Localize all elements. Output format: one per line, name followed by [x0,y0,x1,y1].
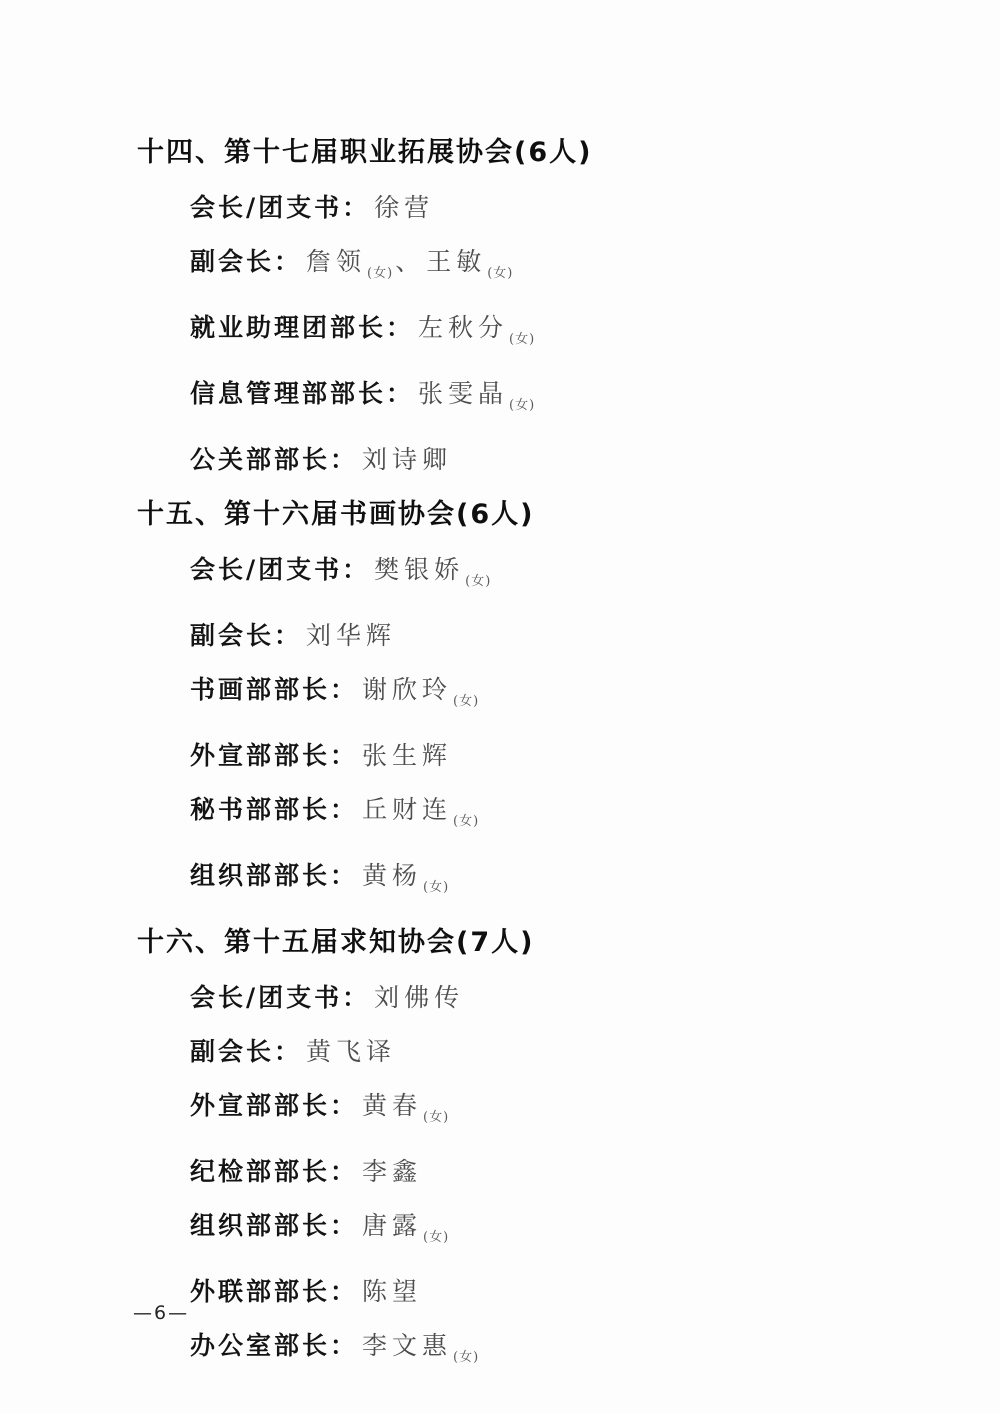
member-name: 张雯晶 [418,379,508,408]
gender-annotation: (女) [453,814,479,829]
gender-annotation: (女) [453,1350,479,1365]
member-entry: 副会长：黄飞译 [137,1038,920,1066]
role-label: 就业助理团部长： [190,313,414,342]
member-entry: 纪检部部长：李鑫 [137,1158,920,1186]
member-name: 王敏 [426,247,486,276]
role-label: 纪检部部长： [190,1157,358,1186]
page-number: —6— [133,1302,189,1324]
role-label: 外联部部长： [190,1277,358,1306]
role-label: 信息管理部部长： [190,379,414,408]
member-name: 谢欣玲 [362,675,452,704]
member-name: 左秋分 [418,313,508,342]
document-body: 十四、第十七届职业拓展协会(6人)会长/团支书：徐营副会长：詹领(女)、王敏(女… [0,0,1000,1372]
role-label: 会长/团支书： [190,555,370,584]
role-label: 会长/团支书： [190,193,370,222]
member-name: 樊银娇 [374,555,464,584]
gender-annotation: (女) [423,1230,449,1245]
name-separator: 、 [395,247,420,276]
association-heading: 十六、第十五届求知协会(7人) [137,928,920,958]
association-heading: 十五、第十六届书画协会(6人) [137,500,920,530]
role-label: 书画部部长： [190,675,358,704]
association-section: 十五、第十六届书画协会(6人)会长/团支书：樊银娇(女)副会长：刘华辉书画部部长… [137,500,920,902]
member-entry: 办公室部长：李文惠(女) [137,1332,920,1372]
association-heading: 十四、第十七届职业拓展协会(6人) [137,138,920,168]
member-entry: 会长/团支书：樊银娇(女) [137,556,920,596]
document-page: 十四、第十七届职业拓展协会(6人)会长/团支书：徐营副会长：詹领(女)、王敏(女… [0,0,1000,1414]
member-entry: 秘书部部长：丘财连(女) [137,796,920,836]
member-entry: 副会长：詹领(女)、王敏(女) [137,248,920,288]
member-name: 詹领 [306,247,366,276]
role-label: 外宣部部长： [190,741,358,770]
member-name: 丘财连 [362,795,452,824]
role-label: 办公室部长： [190,1331,358,1360]
member-name: 黄春 [362,1091,422,1120]
association-section: 十四、第十七届职业拓展协会(6人)会长/团支书：徐营副会长：詹领(女)、王敏(女… [137,138,920,474]
role-label: 外宣部部长： [190,1091,358,1120]
member-name: 张生辉 [362,741,452,770]
member-name: 陈望 [362,1277,422,1306]
gender-annotation: (女) [453,694,479,709]
gender-annotation: (女) [423,880,449,895]
member-name: 唐露 [362,1211,422,1240]
gender-annotation: (女) [423,1110,449,1125]
role-label: 组织部部长： [190,1211,358,1240]
gender-annotation: (女) [487,266,513,281]
role-label: 副会长： [190,621,302,650]
role-label: 会长/团支书： [190,983,370,1012]
member-name: 刘佛传 [374,983,464,1012]
member-entry: 信息管理部部长：张雯晶(女) [137,380,920,420]
member-name: 李鑫 [362,1157,422,1186]
member-entry: 外联部部长：陈望 [137,1278,920,1306]
member-name: 李文惠 [362,1331,452,1360]
member-entry: 会长/团支书：刘佛传 [137,984,920,1012]
member-entry: 外宣部部长：黄春(女) [137,1092,920,1132]
member-name: 刘诗卿 [362,445,452,474]
member-entry: 书画部部长：谢欣玲(女) [137,676,920,716]
member-entry: 组织部部长：唐露(女) [137,1212,920,1252]
sections-container: 十四、第十七届职业拓展协会(6人)会长/团支书：徐营副会长：詹领(女)、王敏(女… [137,138,920,1372]
member-entry: 组织部部长：黄杨(女) [137,862,920,902]
member-name: 刘华辉 [306,621,396,650]
role-label: 组织部部长： [190,861,358,890]
association-section: 十六、第十五届求知协会(7人)会长/团支书：刘佛传副会长：黄飞译外宣部部长：黄春… [137,928,920,1372]
gender-annotation: (女) [367,266,393,281]
member-name: 徐营 [374,193,434,222]
member-entry: 外宣部部长：张生辉 [137,742,920,770]
member-entry: 公关部部长：刘诗卿 [137,446,920,474]
member-name: 黄杨 [362,861,422,890]
role-label: 秘书部部长： [190,795,358,824]
member-entry: 副会长：刘华辉 [137,622,920,650]
gender-annotation: (女) [465,574,491,589]
gender-annotation: (女) [509,398,535,413]
role-label: 公关部部长： [190,445,358,474]
member-entry: 就业助理团部长：左秋分(女) [137,314,920,354]
role-label: 副会长： [190,1037,302,1066]
role-label: 副会长： [190,247,302,276]
gender-annotation: (女) [509,332,535,347]
member-entry: 会长/团支书：徐营 [137,194,920,222]
member-name: 黄飞译 [306,1037,396,1066]
